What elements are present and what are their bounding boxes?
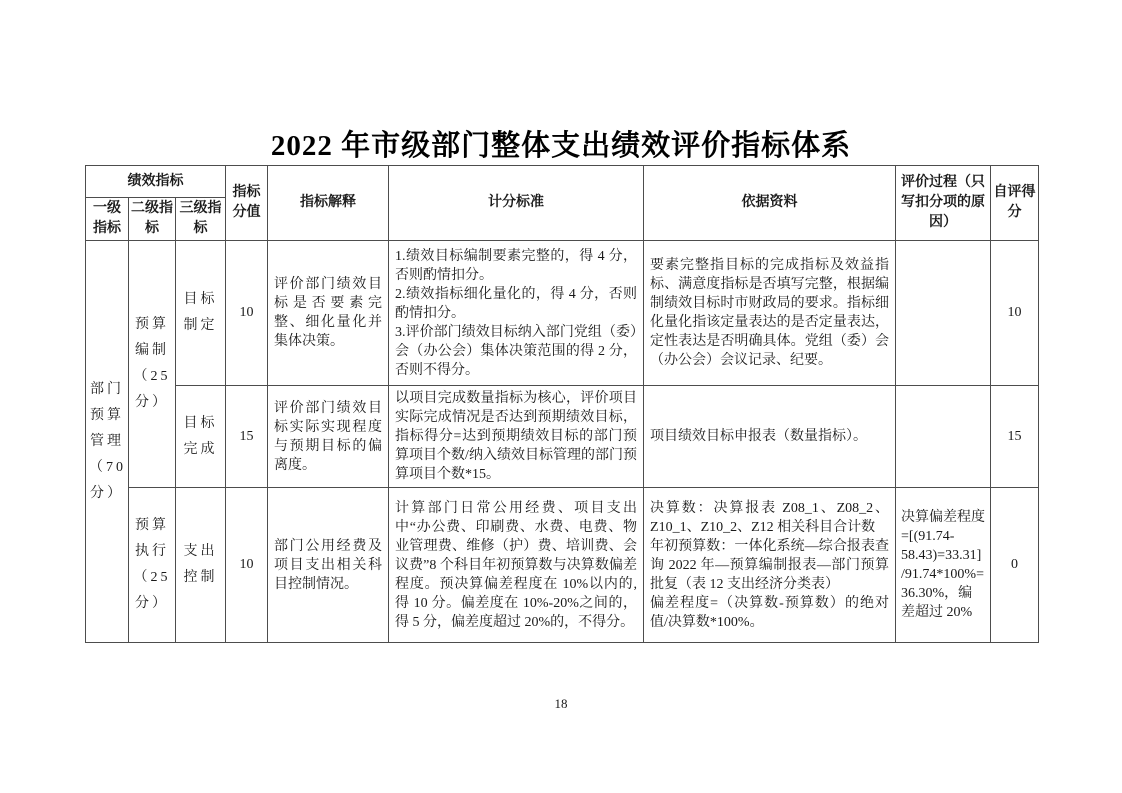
cell-evaluation-process (896, 241, 991, 386)
cell-evaluation-process: 决算偏差程度=[(91.74-58.43)=33.31]/91.74*100%=… (896, 488, 991, 643)
cell-level2-budget-preparation: 预算编制（25分） (129, 241, 176, 488)
cell-level3-expenditure-control: 支出控制 (176, 488, 226, 643)
table-row: 部门预算管理（70分） 预算编制（25分） 目标制定 10 评价部门绩效目标是否… (86, 241, 1039, 386)
document-page: 2022 年市级部门整体支出绩效评价指标体系 绩效指标 指标分值 指标解释 计分… (0, 0, 1122, 793)
header-self-score: 自评得分 (991, 166, 1039, 241)
header-level2: 二级指标 (129, 198, 176, 241)
cell-explanation: 部门公用经费及项目支出相关科目控制情况。 (268, 488, 389, 643)
table-row: 目标完成 15 评价部门绩效目标实际实现程度与预期目标的偏离度。 以项目完成数量… (86, 386, 1039, 488)
table-row: 预算执行（25分） 支出控制 10 部门公用经费及项目支出相关科目控制情况。 计… (86, 488, 1039, 643)
cell-basis-material: 项目绩效目标申报表（数量指标）。 (644, 386, 896, 488)
header-level1: 一级指标 (86, 198, 129, 241)
header-scoring-standard: 计分标准 (389, 166, 644, 241)
page-number: 18 (0, 696, 1122, 712)
cell-evaluation-process (896, 386, 991, 488)
page-title: 2022 年市级部门整体支出绩效评价指标体系 (0, 123, 1122, 164)
header-level3: 三级指标 (176, 198, 226, 241)
cell-explanation: 评价部门绩效目标是否要素完整、细化量化并集体决策。 (268, 241, 389, 386)
header-basis-material: 依据资料 (644, 166, 896, 241)
cell-basis-material: 决算数：决算报表 Z08_1、Z08_2、Z10_1、Z10_2、Z12 相关科… (644, 488, 896, 643)
header-evaluation-process: 评价过程（只写扣分项的原因） (896, 166, 991, 241)
cell-self-score: 0 (991, 488, 1039, 643)
cell-basis-material: 要素完整指目标的完成指标及效益指标、满意度指标是否填写完整，根据编制绩效目标时市… (644, 241, 896, 386)
header-explanation: 指标解释 (268, 166, 389, 241)
cell-scoring-standard: 1.绩效目标编制要素完整的，得 4 分，否则酌情扣分。 2.绩效指标细化量化的，… (389, 241, 644, 386)
performance-indicator-table: 绩效指标 指标分值 指标解释 计分标准 依据资料 评价过程（只写扣分项的原因） … (85, 165, 1039, 643)
cell-level3-goal-setting: 目标制定 (176, 241, 226, 386)
cell-self-score: 10 (991, 241, 1039, 386)
header-score-value: 指标分值 (226, 166, 268, 241)
header-performance-indicator: 绩效指标 (86, 166, 226, 198)
cell-explanation: 评价部门绩效目标实际实现程度与预期目标的偏离度。 (268, 386, 389, 488)
cell-level2-budget-execution: 预算执行（25分） (129, 488, 176, 643)
cell-scoring-standard: 以项目完成数量指标为核心，评价项目实际完成情况是否达到预期绩效目标，指标得分=达… (389, 386, 644, 488)
cell-level1-department-budget: 部门预算管理（70分） (86, 241, 129, 643)
cell-score-value: 10 (226, 241, 268, 386)
cell-score-value: 15 (226, 386, 268, 488)
cell-level3-goal-completion: 目标完成 (176, 386, 226, 488)
cell-score-value: 10 (226, 488, 268, 643)
cell-scoring-standard: 计算部门日常公用经费、项目支出中“办公费、印刷费、水费、电费、物业管理费、维修（… (389, 488, 644, 643)
cell-self-score: 15 (991, 386, 1039, 488)
